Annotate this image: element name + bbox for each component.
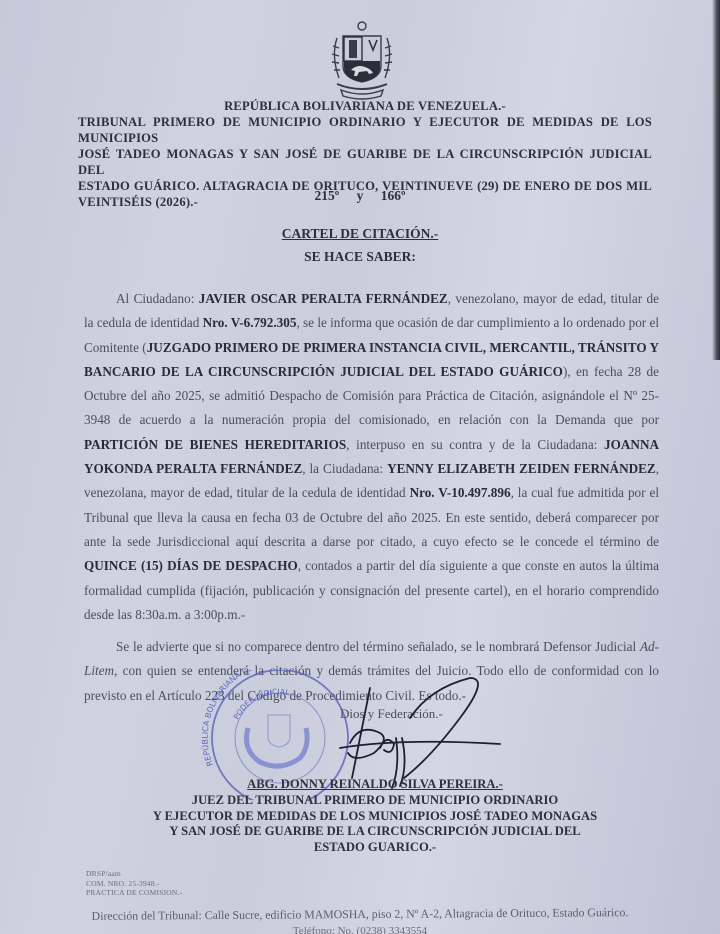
document-body: Al Ciudadano: JAVIER OSCAR PERALTA FERNÁ… [84,287,659,708]
republic-title: REPÚBLICA BOLIVARIANA DE VENEZUELA.- [78,98,652,114]
initials-line-1: DRSP/aam [86,869,182,879]
document-subtitle: SE HACE SABER: [0,249,720,265]
court-line-2: JOSÉ TADEO MONAGAS Y SAN JOSÉ DE GUARIBE… [78,146,652,178]
court-address: Dirección del Tribunal: Calle Sucre, edi… [0,904,720,924]
reference-initials: DRSP/aam COM. NRO. 25-3948.- PRACTICA DE… [86,869,182,898]
initials-line-2: COM. NRO. 25-3948.- [86,879,182,889]
initials-line-3: PRACTICA DE COMISION.- [86,888,182,898]
svg-text:PODER JUDICIAL: PODER JUDICIAL [232,687,291,721]
judge-title-1: JUEZ DEL TRIBUNAL PRIMERO DE MUNICIPIO O… [150,793,600,809]
body-paragraph-1: Al Ciudadano: JAVIER OSCAR PERALTA FERNÁ… [84,287,659,627]
judge-block: ABG. DONNY REINALDO SILVA PEREIRA.- JUEZ… [150,777,600,856]
document-title: CARTEL DE CITACIÓN.- [0,226,720,242]
judge-title-2: Y EJECUTOR DE MEDIDAS DE LOS MUNICIPIOS … [150,809,600,825]
page-edge-shadow [712,0,720,360]
judge-title-3: Y SAN JOSÉ DE GUARIBE DE LA CIRCUNSCRIPC… [150,824,600,840]
independence-years: 215º y 166º [0,188,720,204]
judge-name: ABG. DONNY REINALDO SILVA PEREIRA.- [150,777,600,793]
court-phone: Teléfono: No. (0238) 3343554 [0,925,720,934]
judge-title-4: ESTADO GUARICO.- [150,840,600,856]
venezuela-coat-of-arms-icon [323,16,401,104]
court-line-1: TRIBUNAL PRIMERO DE MUNICIPIO ORDINARIO … [78,114,652,146]
